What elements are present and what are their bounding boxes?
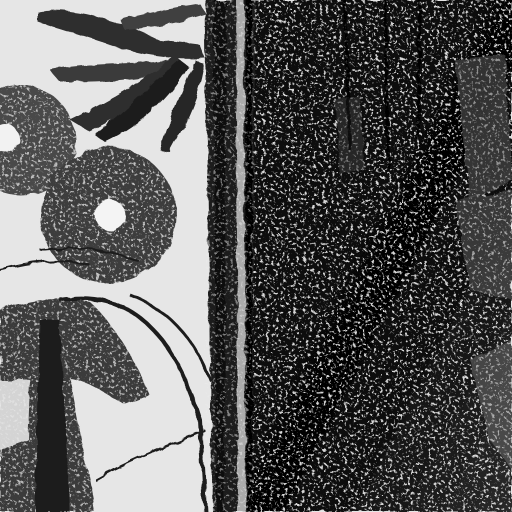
artwork-canvas: [0, 0, 512, 512]
tree-trunk: [205, 0, 255, 512]
flower-head-center: [40, 147, 176, 283]
dark-foliage: [248, 0, 512, 512]
ink-drawing: [0, 0, 512, 512]
